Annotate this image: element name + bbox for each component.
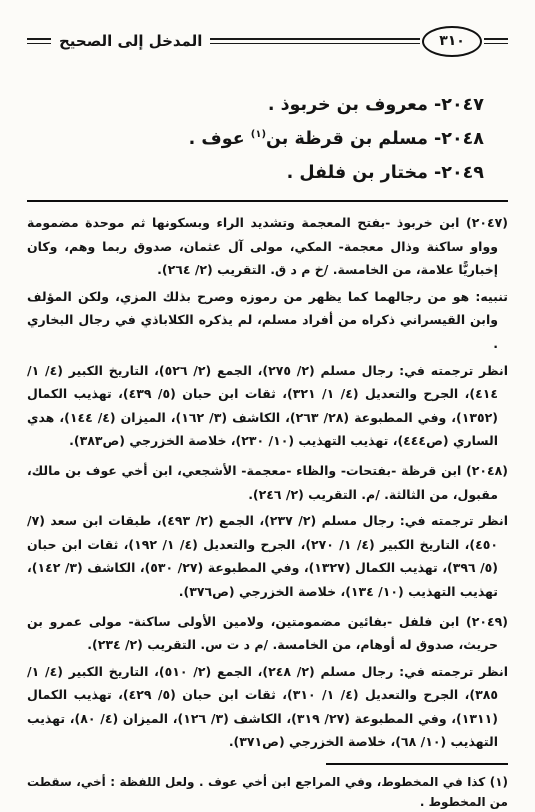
header-rule-left: [27, 38, 51, 44]
footnote-ref-marker: (١): [251, 129, 266, 140]
footnote-2048: (٢٠٤٨) ابن قرظة -بفتحات- والظاء -معجمة- …: [27, 459, 508, 506]
footnote-2048-refs: انظر ترجمته في: رجال مسلم (٢/ ٢٣٧)، الجم…: [27, 509, 508, 603]
footnote-2047: (٢٠٤٧) ابن خربوذ -بفتح المعجمة وتشديد ال…: [27, 211, 508, 282]
manuscript-note: (١) كذا في المخطوط، وفي المراجع ابن أخي …: [27, 772, 508, 812]
footnotes-section: (٢٠٤٧) ابن خربوذ -بفتح المعجمة وتشديد ال…: [27, 202, 508, 754]
footnote-2049: (٢٠٤٩) ابن فلفل -بفائين مضمومتين، ولامين…: [27, 610, 508, 657]
footnote-2049-refs: انظر ترجمته في: رجال مسلم (٢/ ٢٤٨)، الجم…: [27, 660, 508, 754]
entry-text: ٢٠٤٨- مسلم بن قرظة بن: [266, 129, 484, 149]
entry-line-2049: ٢٠٤٩- مختار بن فلفل .: [27, 156, 484, 190]
book-page: ٣١٠ المدخل إلى الصحيح ٢٠٤٧- معروف بن خرب…: [0, 0, 535, 812]
header-rule-right: [484, 38, 508, 44]
page-number-oval: ٣١٠: [422, 26, 482, 57]
footnote-separator-line: [326, 763, 508, 765]
entry-line-2048: ٢٠٤٨- مسلم بن قرظة بن(١) عوف .: [27, 122, 484, 156]
entry-text: ٢٠٤٧- معروف بن خربوذ .: [268, 95, 484, 115]
page-header: ٣١٠ المدخل إلى الصحيح: [27, 26, 508, 56]
entries-section: ٢٠٤٧- معروف بن خربوذ . ٢٠٤٨- مسلم بن قرظ…: [27, 88, 508, 190]
entry-text: ٢٠٤٩- مختار بن فلفل .: [287, 163, 484, 183]
footnote-2047-refs: انظر ترجمته في: رجال مسلم (٢/ ٢٧٥)، الجم…: [27, 359, 508, 453]
entry-line-2047: ٢٠٤٧- معروف بن خربوذ .: [27, 88, 484, 122]
footnote-2047-note: تنبيه: هو من رجالهما كما يظهر من رموزه و…: [27, 285, 508, 356]
entry-text-tail: عوف .: [189, 129, 251, 149]
page-number: ٣١٠: [439, 34, 465, 48]
header-rule-middle: [210, 38, 420, 44]
header-title: المدخل إلى الصحيح: [51, 32, 210, 50]
